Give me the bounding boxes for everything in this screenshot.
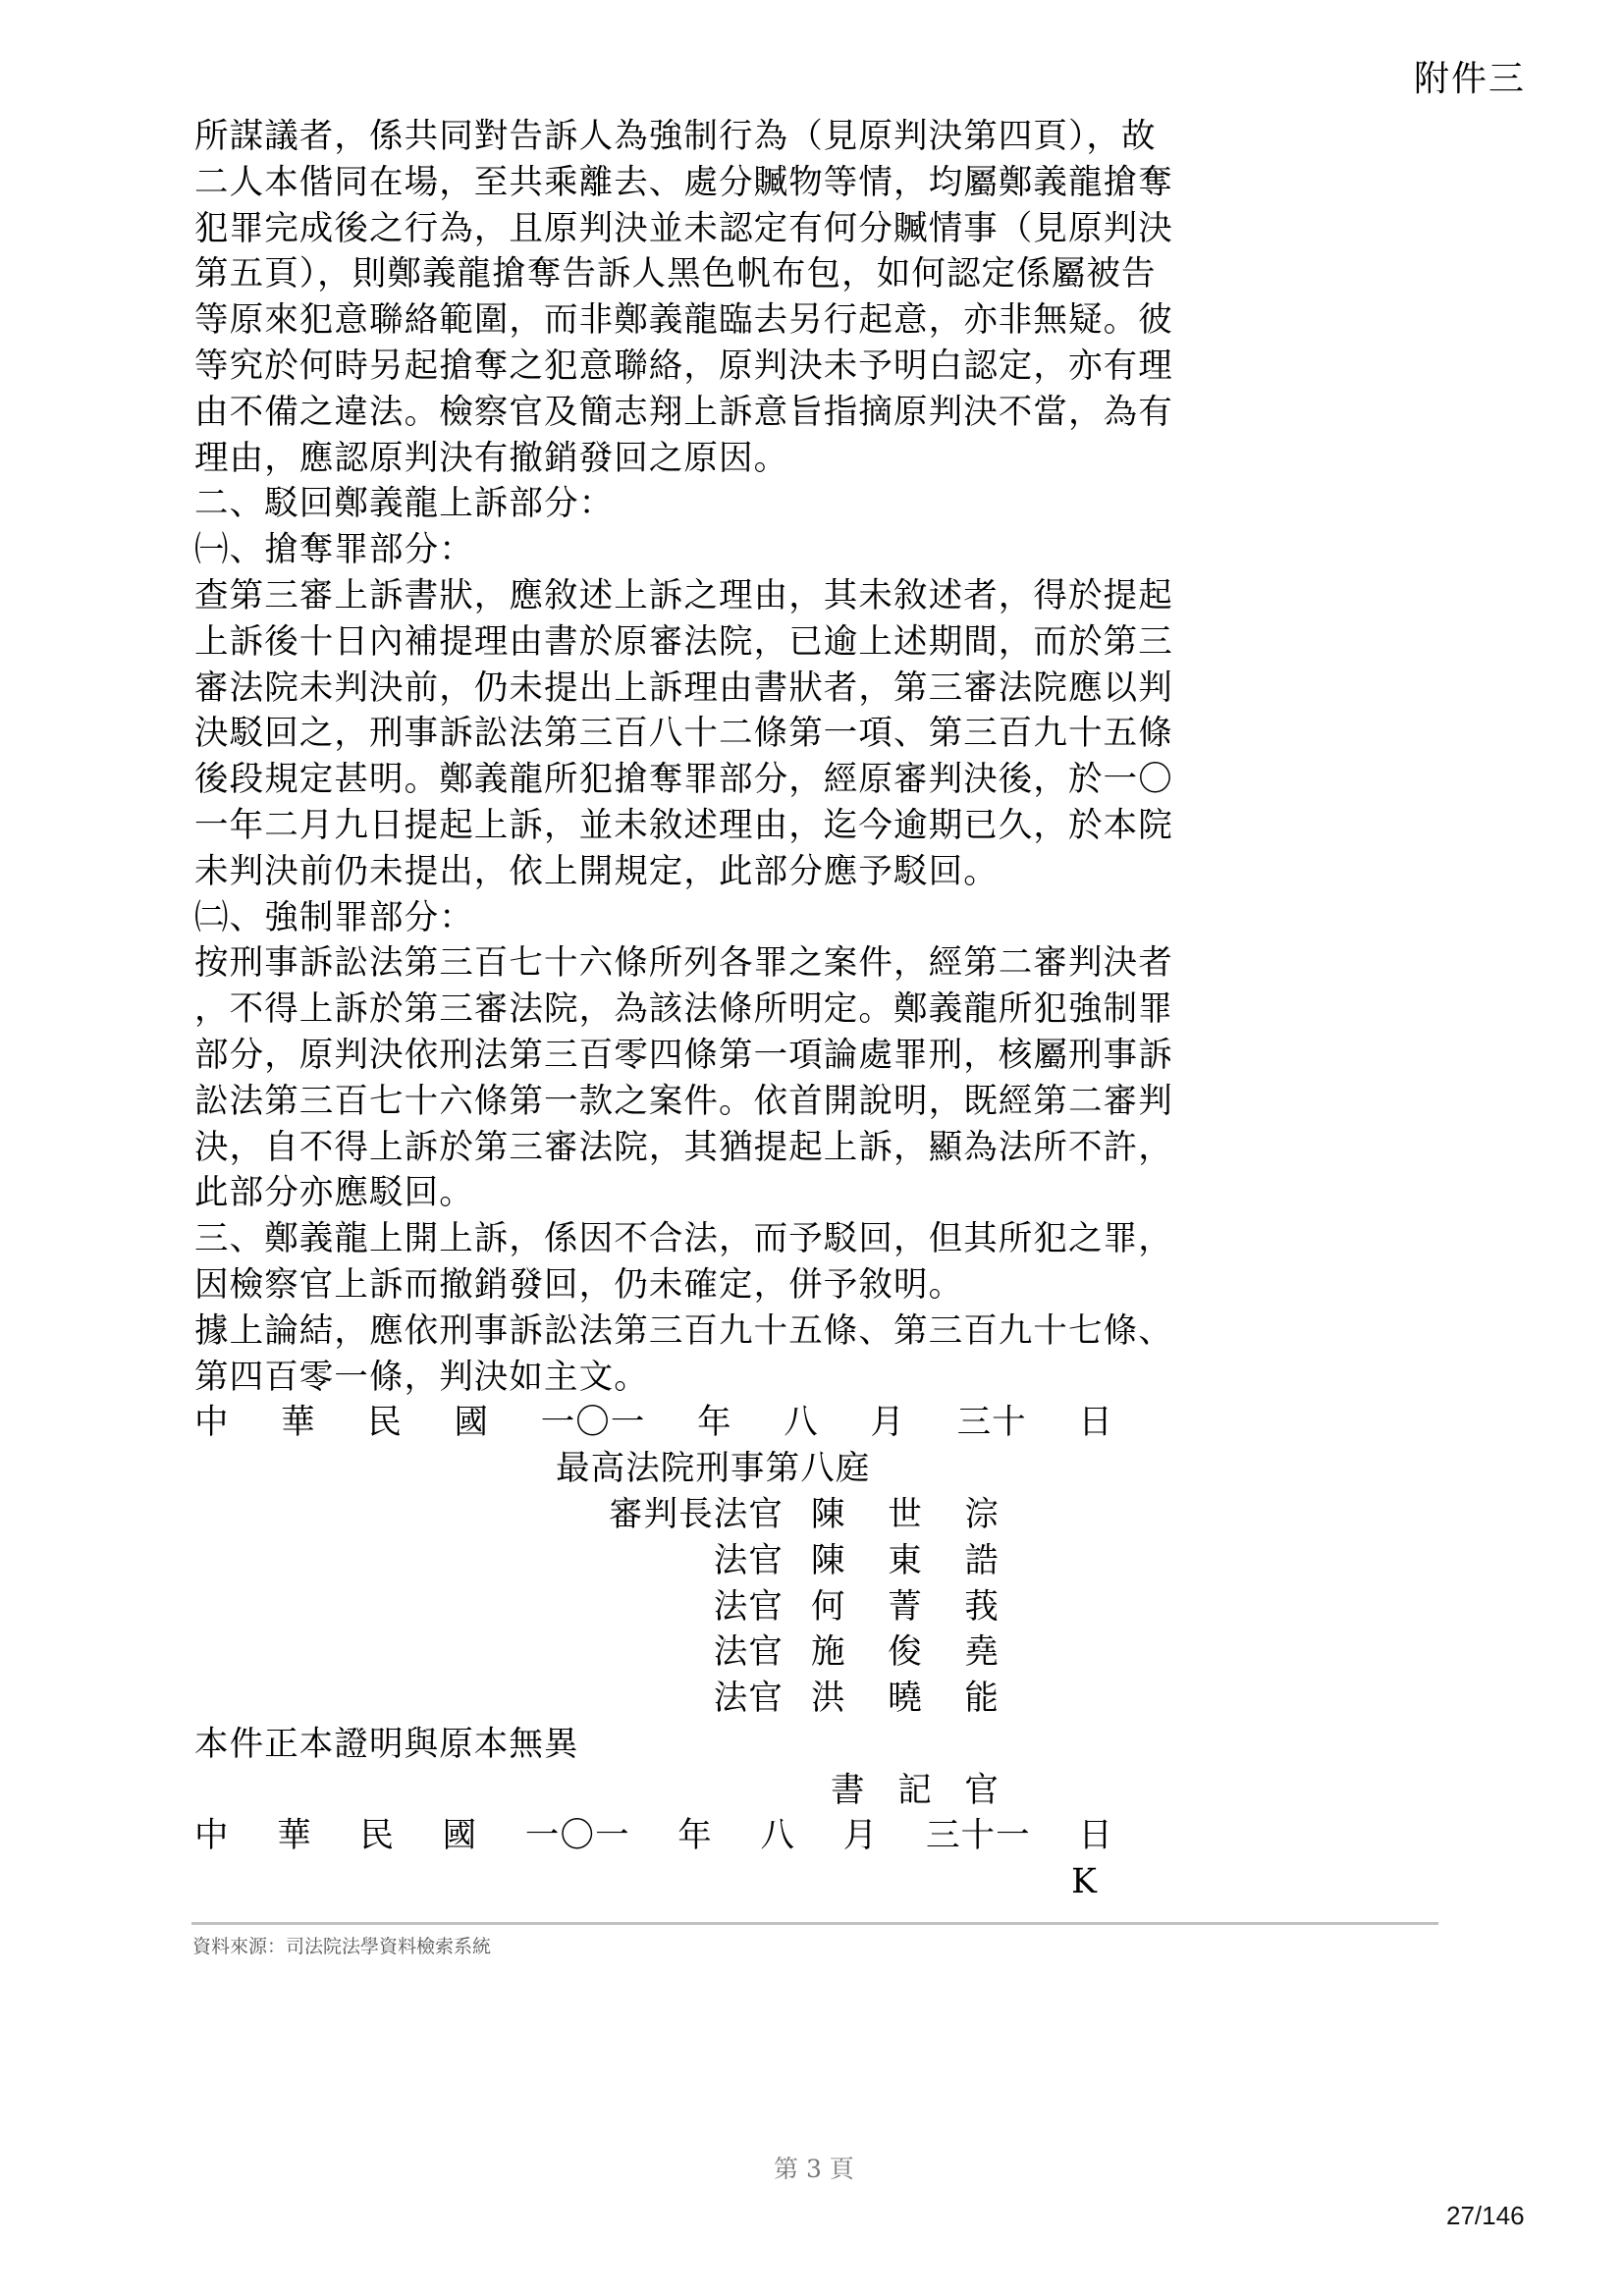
text-line: 等究於何時另起搶奪之犯意聯絡，原判決未予明白認定，亦有理 [194, 344, 1117, 390]
text-line: 審法院未判決前，仍未提出上訴理由書狀者，第三審法院應以判 [194, 666, 1117, 712]
date-token: 中 [194, 1813, 230, 1859]
name-char: 世 [888, 1492, 923, 1538]
date-token: 月 [843, 1813, 879, 1859]
text-line: 由不備之違法。檢察官及簡志翔上訴意旨指摘原判決不當，為有 [194, 390, 1117, 436]
text-line: 訟法第三百七十六條第一款之案件。依首開說明，既經第二審判 [194, 1079, 1117, 1125]
text-line: 三、鄭義龍上開上訴，係因不合法，而予駁回，但其所犯之罪， [194, 1216, 1117, 1262]
name-char: 堯 [964, 1629, 1000, 1676]
text-line: 因檢察官上訴而撤銷發回，仍未確定，併予敘明。 [194, 1262, 1117, 1308]
judgment-body: 所謀議者，係共同對告訴人為強制行為（見原判決第四頁），故二人本偕同在場，至共乘離… [194, 114, 1117, 1905]
judge-name: 施俊堯 [811, 1629, 1000, 1676]
text-line: 二、駁回鄭義龍上訴部分： [194, 481, 1117, 527]
name-char: 曉 [888, 1676, 923, 1722]
footer-divider [191, 1922, 1438, 1925]
text-line: 上訴後十日內補提理由書於原審法院，已逾上述期間，而於第三 [194, 619, 1117, 666]
court-name: 最高法院刑事第八庭 [194, 1446, 1117, 1492]
date-token: 三十 [957, 1400, 1027, 1446]
date-token: 三十一 [926, 1813, 1031, 1859]
text-line: 後段規定甚明。鄭義龍所犯搶奪罪部分，經原審判決後，於一〇 [194, 757, 1117, 803]
date-token: 年 [697, 1400, 732, 1446]
name-char: 能 [964, 1676, 1000, 1722]
data-source: 資料來源：司法院法學資料檢索系統 [192, 1932, 491, 1958]
text-line: ㈡、強制罪部分： [194, 895, 1117, 941]
date-token: 一〇一 [525, 1813, 630, 1859]
judge-name: 洪曉能 [811, 1676, 1000, 1722]
name-char: 誥 [964, 1538, 1000, 1584]
judge-title: 法官 [714, 1676, 784, 1722]
text-line: ，不得上訴於第三審法院，為該法條所明定。鄭義龍所犯強制罪 [194, 987, 1117, 1033]
judge-name: 陳世淙 [811, 1492, 1000, 1538]
date-token: 月 [870, 1400, 905, 1446]
date-token: 國 [443, 1813, 478, 1859]
date-token: 民 [367, 1400, 403, 1446]
text-line: 二人本偕同在場，至共乘離去、處分贓物等情，均屬鄭義龍搶奪 [194, 160, 1117, 206]
judge-signature: 法官洪曉能 [194, 1676, 1000, 1722]
clerk-char: 記 [897, 1768, 933, 1814]
text-line: 未判決前仍未提出，依上開規定，此部分應予駁回。 [194, 849, 1117, 895]
judge-title: 法官 [714, 1584, 784, 1630]
text-line: 第四百零一條，判決如主文。 [194, 1355, 1117, 1401]
date-token: 日 [1078, 1813, 1113, 1859]
paragraph-lines: 所謀議者，係共同對告訴人為強制行為（見原判決第四頁），故二人本偕同在場，至共乘離… [194, 114, 1117, 1400]
text-line: 第五頁），則鄭義龍搶奪告訴人黑色帆布包，如何認定係屬被告 [194, 251, 1117, 297]
judge-title: 審判長法官 [609, 1492, 784, 1538]
date-token: 年 [677, 1813, 713, 1859]
date-token: 日 [1078, 1400, 1113, 1446]
name-char: 陳 [811, 1492, 846, 1538]
text-line: 犯罪完成後之行為，且原判決並未認定有何分贓情事（見原判決 [194, 206, 1117, 252]
judgment-date: 中華民國一〇一年八月三十日 [194, 1400, 1113, 1446]
text-line: 據上論結，應依刑事訴訟法第三百九十五條、第三百九十七條、 [194, 1308, 1117, 1355]
page-count: 27/146 [1446, 2201, 1525, 2231]
judge-title: 法官 [714, 1538, 784, 1584]
clerk-signature: 書記官 [194, 1768, 1000, 1814]
judge-signature: 法官陳東誥 [194, 1538, 1000, 1584]
text-line: 決，自不得上訴於第三審法院，其猶提起上訴，顯為法所不許， [194, 1125, 1117, 1171]
attachment-label: 附件三 [1414, 51, 1526, 101]
date-token: 華 [281, 1400, 316, 1446]
clerk-char: 書 [831, 1768, 866, 1814]
date-token: 國 [455, 1400, 490, 1446]
date-token: 一〇一 [541, 1400, 646, 1446]
name-char: 俊 [888, 1629, 923, 1676]
page-number: 第 3 頁 [774, 2150, 854, 2185]
text-line: 所謀議者，係共同對告訴人為強制行為（見原判決第四頁），故 [194, 114, 1117, 160]
date-token: 華 [277, 1813, 312, 1859]
name-char: 陳 [811, 1538, 846, 1584]
date-token: 八 [784, 1400, 819, 1446]
clerk-char: 官 [964, 1768, 1000, 1814]
name-char: 莪 [964, 1584, 1000, 1630]
text-line: 查第三審上訴書狀，應敘述上訴之理由，其未敘述者，得於提起 [194, 573, 1117, 619]
text-line: 按刑事訴訟法第三百七十六條所列各罪之案件，經第二審判決者 [194, 940, 1117, 987]
text-line: 此部分亦應駁回。 [194, 1170, 1117, 1216]
clerk-title: 書記官 [831, 1768, 1000, 1814]
judge-signature: 法官施俊堯 [194, 1629, 1000, 1676]
judge-title: 法官 [714, 1629, 784, 1676]
judge-name: 何菁莪 [811, 1584, 1000, 1630]
judges-list: 審判長法官陳世淙法官陳東誥法官何菁莪法官施俊堯法官洪曉能 [194, 1492, 1117, 1722]
text-line: ㈠、搶奪罪部分： [194, 527, 1117, 573]
name-char: 東 [888, 1538, 923, 1584]
judge-name: 陳東誥 [811, 1538, 1000, 1584]
name-char: 何 [811, 1584, 846, 1630]
judge-signature: 法官何菁莪 [194, 1584, 1000, 1630]
text-line: 部分，原判決依刑法第三百零四條第一項論處罪刑，核屬刑事訴 [194, 1033, 1117, 1079]
text-line: 決駁回之，刑事訴訟法第三百八十二條第一項、第三百九十五條 [194, 711, 1117, 757]
name-char: 菁 [888, 1584, 923, 1630]
date-token: 八 [761, 1813, 796, 1859]
date-token: 民 [359, 1813, 395, 1859]
mark-k: K [194, 1859, 1098, 1905]
name-char: 淙 [964, 1492, 1000, 1538]
text-line: 一年二月九日提起上訴，並未敘述理由，迄今逾期已久，於本院 [194, 803, 1117, 849]
text-line: 理由，應認原判決有撤銷發回之原因。 [194, 436, 1117, 482]
name-char: 洪 [811, 1676, 846, 1722]
certified-date: 中華民國一〇一年八月三十一日 [194, 1813, 1113, 1859]
judge-signature: 審判長法官陳世淙 [194, 1492, 1000, 1538]
text-line: 等原來犯意聯絡範圍，而非鄭義龍臨去另行起意，亦非無疑。彼 [194, 297, 1117, 344]
name-char: 施 [811, 1629, 846, 1676]
certification-text: 本件正本證明與原本無異 [194, 1722, 1117, 1768]
date-token: 中 [194, 1400, 230, 1446]
